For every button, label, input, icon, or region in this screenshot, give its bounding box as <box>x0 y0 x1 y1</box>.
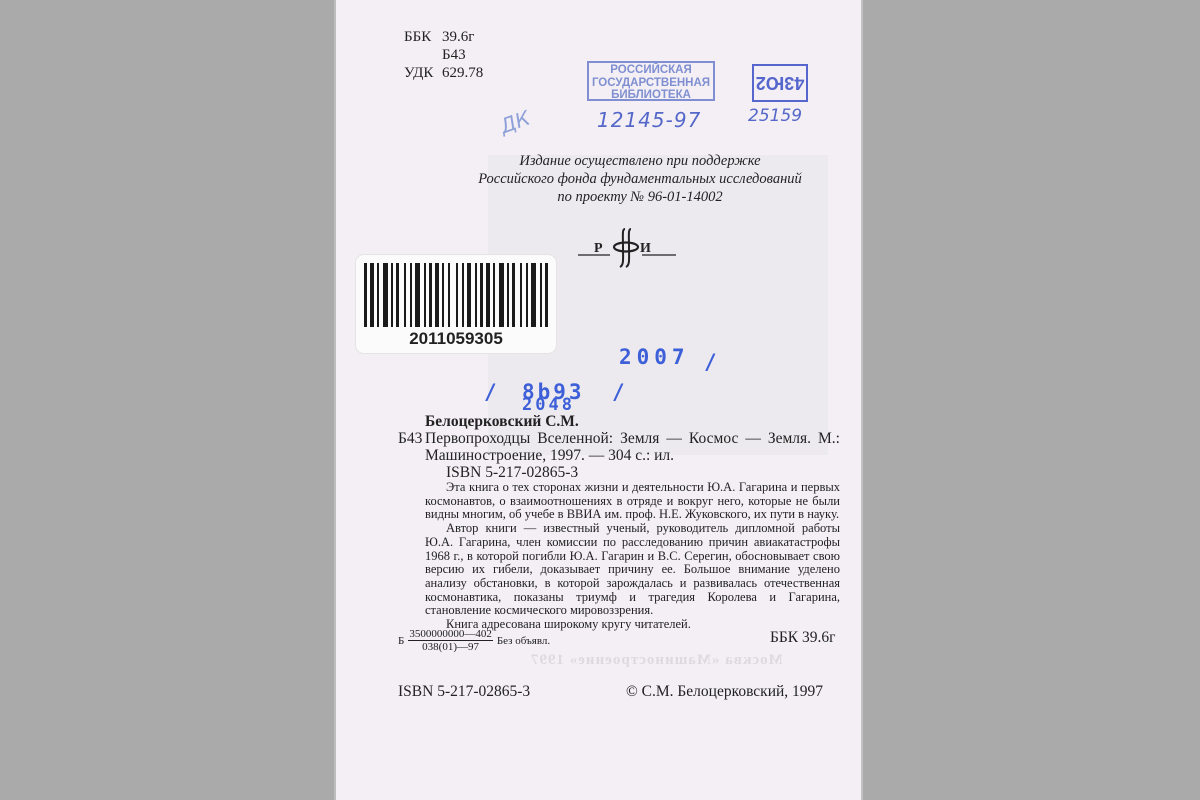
stamp-slash-right: / <box>612 380 625 404</box>
barcode-icon <box>364 263 548 327</box>
rffi-logo-icon: Р И <box>576 225 686 275</box>
stamp-year: 2007 <box>619 345 690 369</box>
show-through-publisher: Москва «Машиностроение» 1997 <box>530 652 783 669</box>
publication-info: Машиностроение, 1997. — 304 с.: ил. <box>425 447 674 465</box>
handwritten-number: 25159 <box>748 106 802 126</box>
stamp-inventory-bottom: 2048 <box>522 395 575 415</box>
stamp-slash: / <box>704 350 717 374</box>
abstract-paragraph: Эта книга о тех сторонах жизни и деятель… <box>425 481 840 522</box>
book-title: Первопроходцы Вселенной: Земля — Космос … <box>425 430 840 447</box>
abstract-paragraph: Автор книги — известный ученый, руководи… <box>425 522 840 618</box>
bbk-code: ББК 39.6г <box>770 629 836 647</box>
publication-code: Б 3500000000—402 038(01)—97 Без объявл. <box>398 628 550 653</box>
accession-number: 12145-97 <box>597 108 701 132</box>
book-abstract: Эта книга о тех сторонах жизни и деятель… <box>425 481 840 632</box>
barcode-number: 2011059305 <box>356 329 556 349</box>
library-stamp: РОССИЙСКАЯ ГОСУДАРСТВЕННАЯ БИБЛИОТЕКА <box>587 61 715 101</box>
isbn-footer: ISBN 5-217-02865-3 <box>398 683 530 701</box>
department-stamp: 43Ю2 <box>752 64 808 102</box>
library-barcode-label: 2011059305 <box>356 255 556 353</box>
support-note: Издание осуществлено при поддержке Росси… <box>440 152 840 206</box>
classification-codes: ББК39.6г Б43 УДК629.78 <box>404 28 483 82</box>
stamp-slash-left: / <box>484 380 497 404</box>
copyright: © С.М. Белоцерковский, 1997 <box>626 683 823 701</box>
author-mark: Б43 <box>398 430 422 448</box>
rffi-logo: Р И <box>576 225 686 275</box>
svg-text:И: И <box>640 241 651 256</box>
svg-text:Р: Р <box>594 241 603 256</box>
author-heading: Белоцерковский С.М. <box>425 413 579 431</box>
